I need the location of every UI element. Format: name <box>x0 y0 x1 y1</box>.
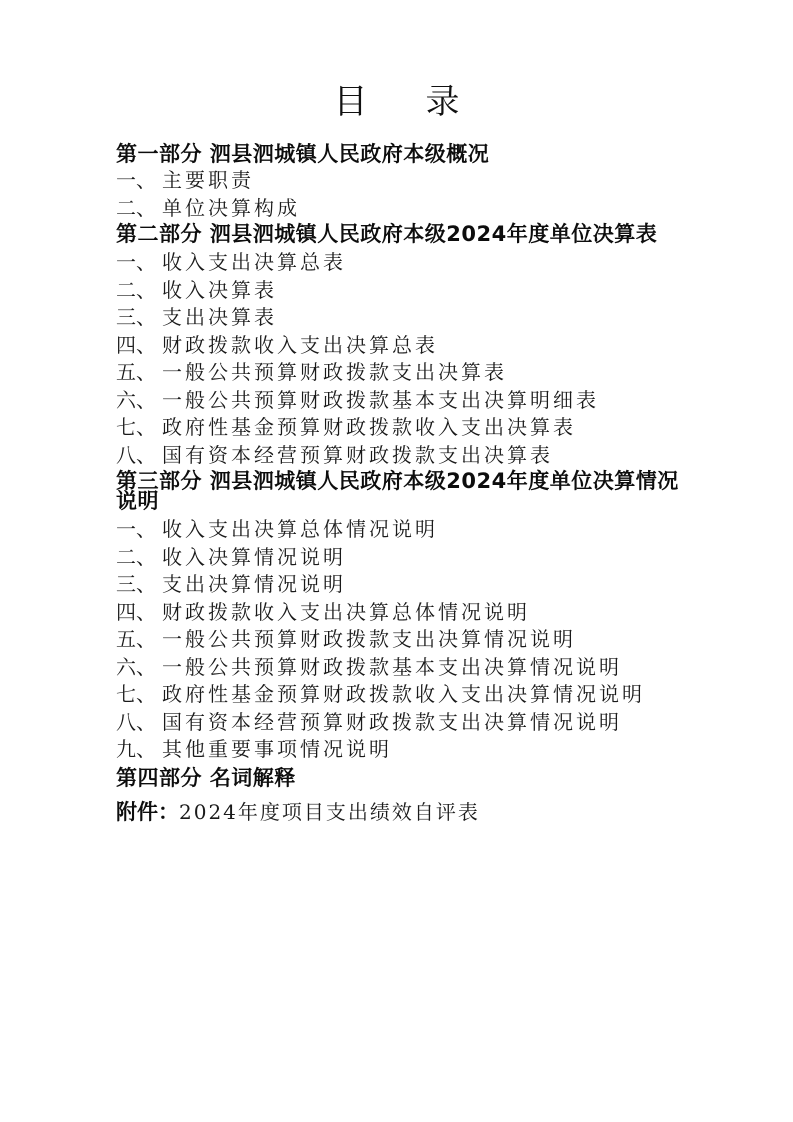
toc-item[interactable]: 六、一般公共预算财政拨款基本支出决算情况说明 <box>116 654 696 682</box>
toc-item[interactable]: 七、政府性基金预算财政拨款收入支出决算情况说明 <box>116 681 696 709</box>
toc-item[interactable]: 八、国有资本经营预算财政拨款支出决算情况说明 <box>116 709 696 737</box>
item-number: 一、 <box>116 516 162 544</box>
item-number: 六、 <box>116 654 162 682</box>
toc-item[interactable]: 二、单位决算构成 <box>116 195 696 223</box>
toc-item[interactable]: 四、财政拨款收入支出决算总体情况说明 <box>116 599 696 627</box>
toc-item[interactable]: 三、支出决算表 <box>116 304 696 332</box>
toc-item[interactable]: 一、收入支出决算总表 <box>116 249 696 277</box>
item-text: 政府性基金预算财政拨款收入支出决算情况说明 <box>162 682 645 706</box>
item-text: 其他重要事项情况说明 <box>162 737 392 761</box>
item-number: 四、 <box>116 599 162 627</box>
item-number: 三、 <box>116 304 162 332</box>
toc-item[interactable]: 七、政府性基金预算财政拨款收入支出决算表 <box>116 414 696 442</box>
toc-item[interactable]: 六、一般公共预算财政拨款基本支出决算明细表 <box>116 387 696 415</box>
item-text: 收入决算情况说明 <box>162 545 346 569</box>
annex-label: 附件： <box>116 800 179 824</box>
item-number: 一、 <box>116 167 162 195</box>
toc-part-1-heading[interactable]: 第一部分 泗县泗城镇人民政府本级概况 <box>116 142 696 166</box>
item-number: 五、 <box>116 626 162 654</box>
item-number: 三、 <box>116 571 162 599</box>
item-text: 财政拨款收入支出决算总体情况说明 <box>162 600 530 624</box>
item-text: 一般公共预算财政拨款支出决算表 <box>162 360 507 384</box>
item-text: 支出决算表 <box>162 305 277 329</box>
item-number: 二、 <box>116 195 162 223</box>
item-text: 国有资本经营预算财政拨款支出决算情况说明 <box>162 710 622 734</box>
item-text: 一般公共预算财政拨款基本支出决算情况说明 <box>162 655 622 679</box>
toc-part-4-heading[interactable]: 第四部分 名词解释 <box>116 766 696 790</box>
item-text: 主要职责 <box>162 168 254 192</box>
title-char-1: 目 <box>334 82 368 122</box>
item-number: 二、 <box>116 544 162 572</box>
document-page: 目录 第一部分 泗县泗城镇人民政府本级概况 一、主要职责 二、单位决算构成 第二… <box>0 0 793 1122</box>
item-text: 一般公共预算财政拨款支出决算情况说明 <box>162 627 576 651</box>
title-char-2: 录 <box>426 82 460 122</box>
item-number: 八、 <box>116 709 162 737</box>
item-text: 政府性基金预算财政拨款收入支出决算表 <box>162 415 576 439</box>
toc-item[interactable]: 三、支出决算情况说明 <box>116 571 696 599</box>
item-text: 国有资本经营预算财政拨款支出决算表 <box>162 443 553 467</box>
toc-annex[interactable]: 附件：2024年度项目支出绩效自评表 <box>116 798 696 826</box>
toc-item[interactable]: 一、主要职责 <box>116 167 696 195</box>
toc-item[interactable]: 一、收入支出决算总体情况说明 <box>116 516 696 544</box>
item-number: 七、 <box>116 414 162 442</box>
toc-item[interactable]: 五、一般公共预算财政拨款支出决算表 <box>116 359 696 387</box>
annex-text: 2024年度项目支出绩效自评表 <box>179 800 480 824</box>
item-number: 五、 <box>116 359 162 387</box>
item-number: 四、 <box>116 332 162 360</box>
toc-part-3-heading[interactable]: 第三部分 泗县泗城镇人民政府本级2024年度单位决算情况说明 <box>116 471 696 515</box>
toc-item[interactable]: 四、财政拨款收入支出决算总表 <box>116 332 696 360</box>
item-number: 六、 <box>116 387 162 415</box>
item-text: 单位决算构成 <box>162 196 300 220</box>
item-text: 财政拨款收入支出决算总表 <box>162 333 438 357</box>
item-text: 一般公共预算财政拨款基本支出决算明细表 <box>162 388 599 412</box>
item-number: 一、 <box>116 249 162 277</box>
table-of-contents: 第一部分 泗县泗城镇人民政府本级概况 一、主要职责 二、单位决算构成 第二部分 … <box>116 140 696 826</box>
item-text: 收入支出决算总体情况说明 <box>162 517 438 541</box>
item-number: 九、 <box>116 736 162 764</box>
toc-item[interactable]: 五、一般公共预算财政拨款支出决算情况说明 <box>116 626 696 654</box>
toc-item[interactable]: 九、其他重要事项情况说明 <box>116 736 696 764</box>
toc-item[interactable]: 二、收入决算情况说明 <box>116 544 696 572</box>
toc-part-2-heading[interactable]: 第二部分 泗县泗城镇人民政府本级2024年度单位决算表 <box>116 224 696 248</box>
item-text: 收入支出决算总表 <box>162 250 346 274</box>
toc-item[interactable]: 二、收入决算表 <box>116 277 696 305</box>
item-number: 七、 <box>116 681 162 709</box>
page-title: 目录 <box>0 82 793 122</box>
toc-item[interactable]: 八、国有资本经营预算财政拨款支出决算表 <box>116 442 696 470</box>
item-text: 支出决算情况说明 <box>162 572 346 596</box>
item-number: 二、 <box>116 277 162 305</box>
item-text: 收入决算表 <box>162 278 277 302</box>
item-number: 八、 <box>116 442 162 470</box>
